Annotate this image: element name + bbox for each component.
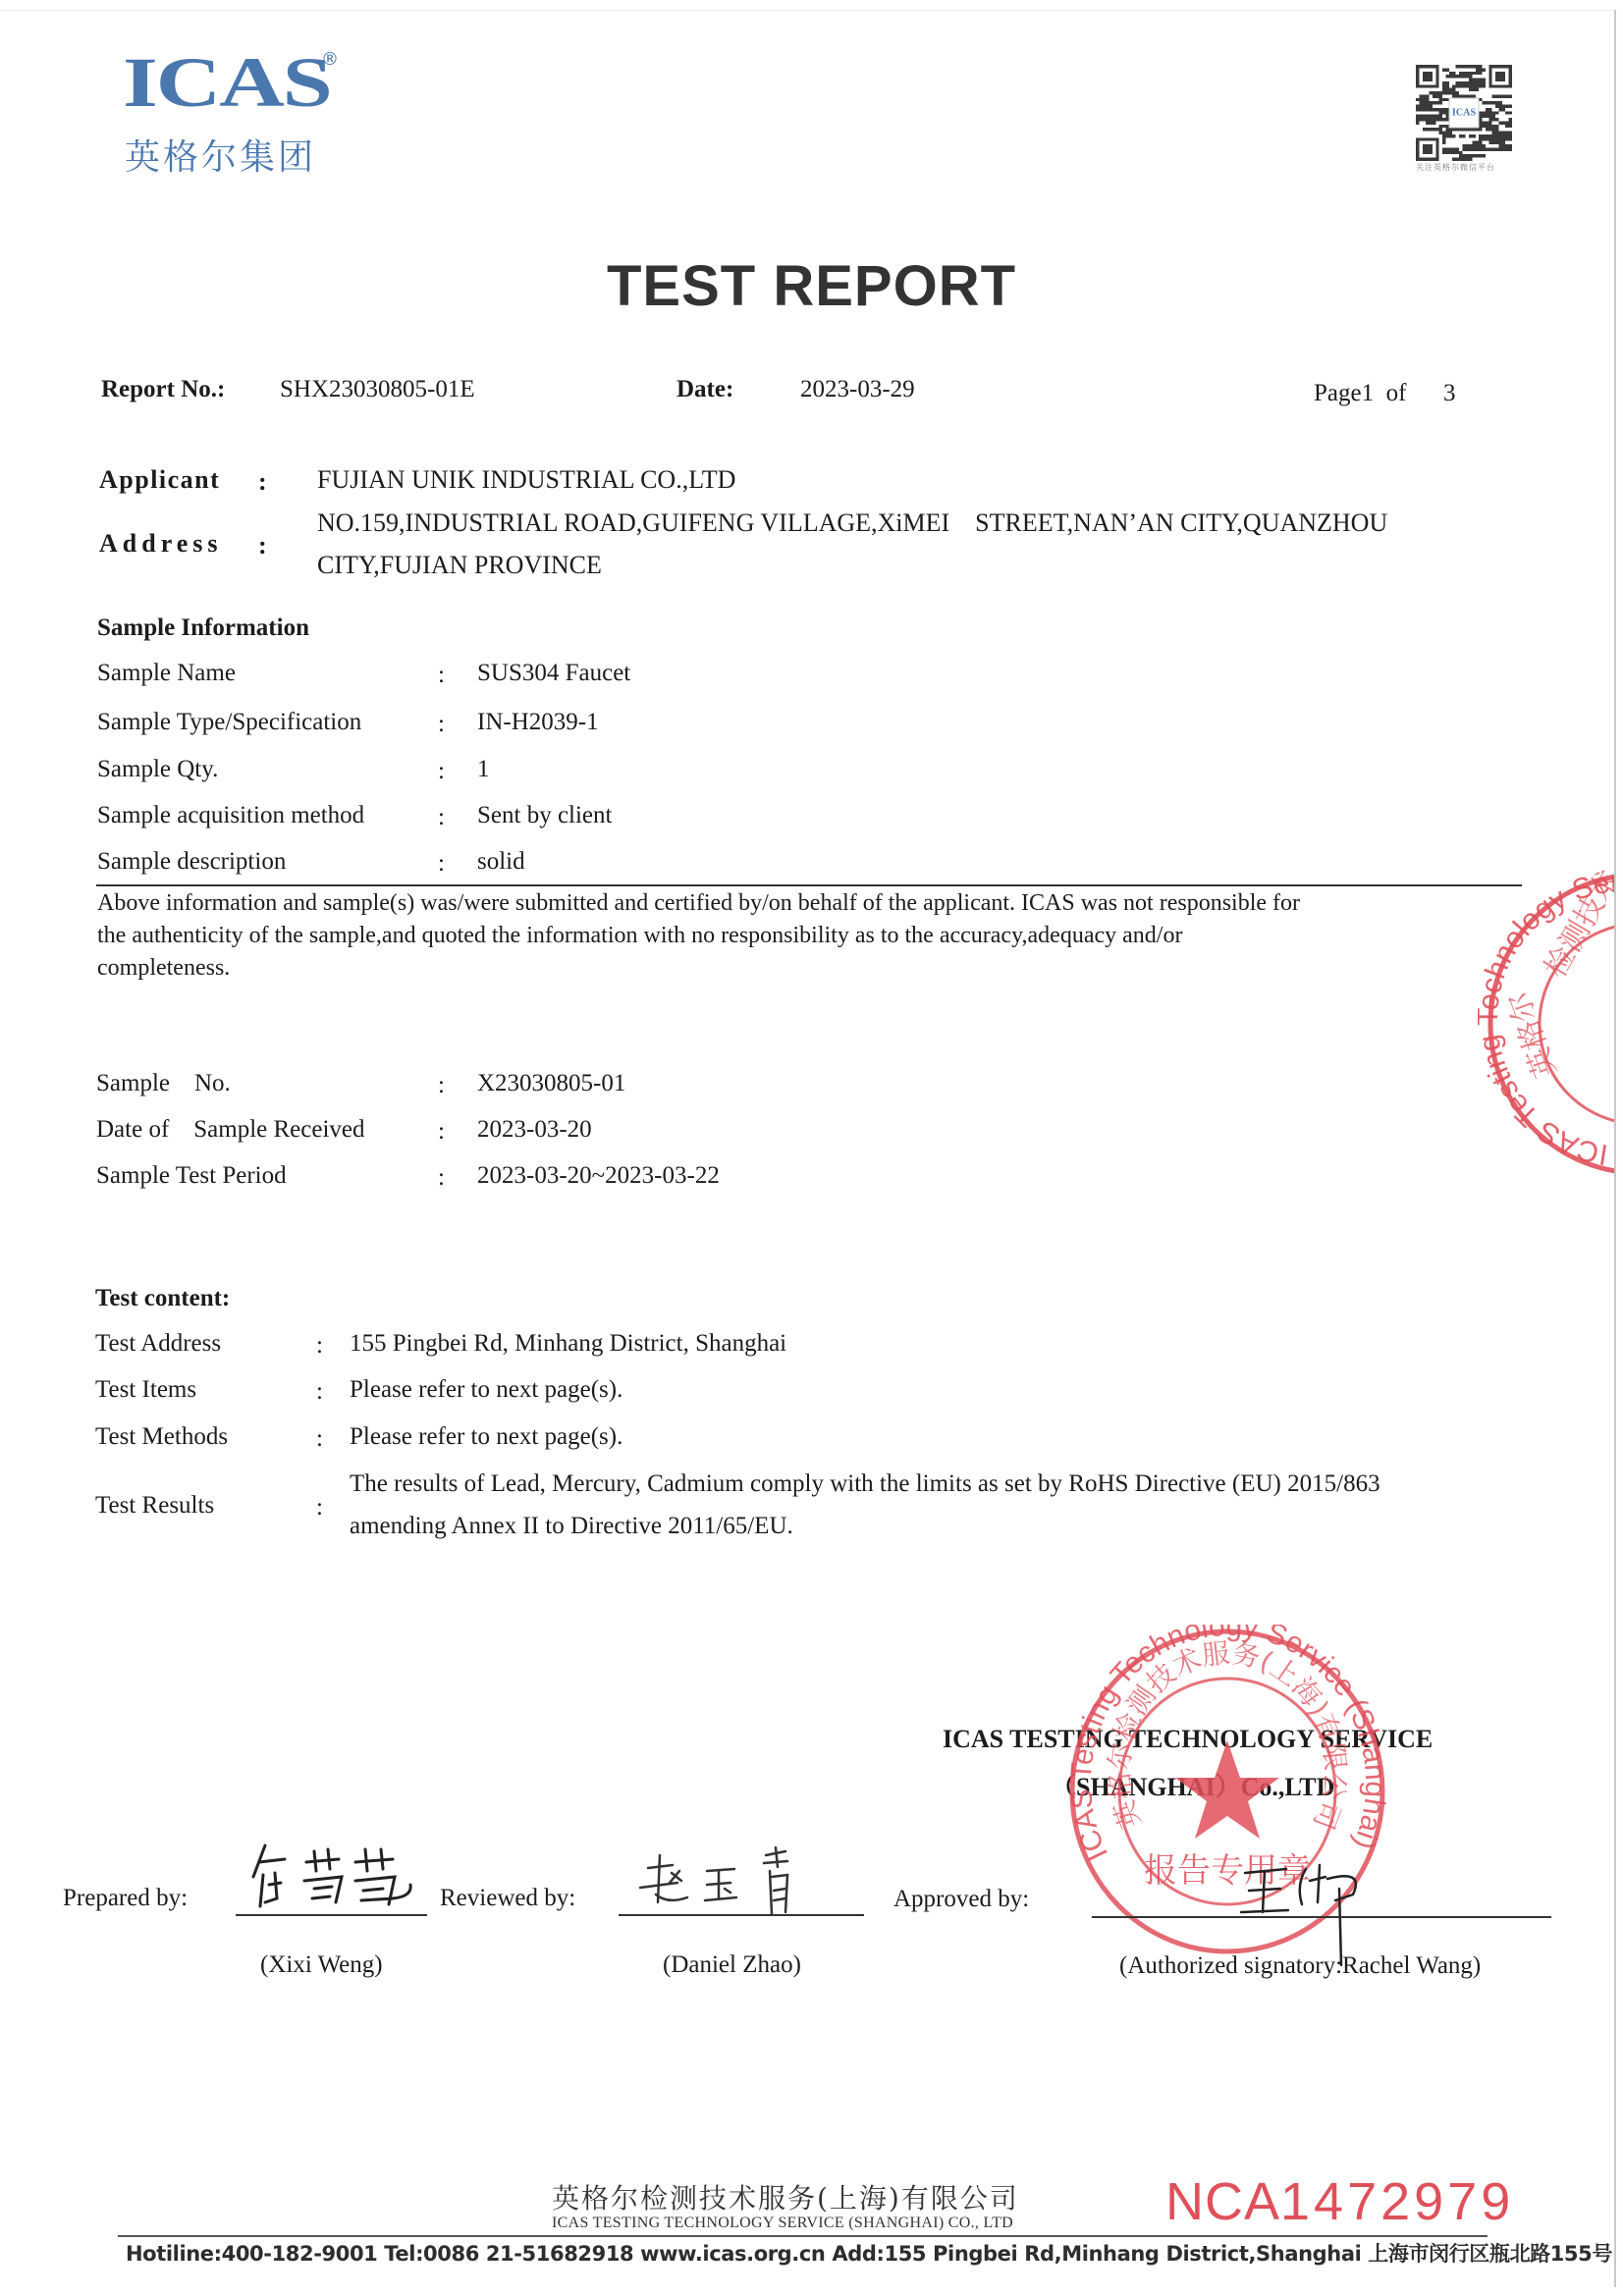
sample-info-value: solid — [477, 848, 525, 876]
sample-information-heading: Sample Information — [97, 614, 309, 642]
sample-detail-colon: : — [438, 1164, 445, 1192]
icas-logo: ICAS — [123, 47, 331, 118]
serial-number: NCA1472979 — [1165, 2171, 1514, 2232]
prepared-by-label: Prepared by: — [63, 1885, 188, 1912]
approved-by-label: Approved by: — [893, 1886, 1029, 1913]
prepared-signature-line — [236, 1914, 427, 1916]
sample-info-value: 1 — [477, 756, 490, 783]
serial-digits: 1472979 — [1280, 2172, 1514, 2231]
page-right-edge — [1614, 10, 1616, 2287]
sample-info-colon: : — [438, 662, 445, 689]
prepared-signature — [245, 1838, 432, 1914]
footer-company-cn: 英格尔检测技术服务(上海)有限公司 — [552, 2177, 1019, 2216]
test-content-label: Test Address — [95, 1330, 221, 1358]
sample-info-colon: : — [438, 711, 445, 738]
test-content-colon: : — [316, 1332, 323, 1360]
applicant-colon: : — [258, 467, 267, 497]
date-value: 2023-03-29 — [800, 376, 915, 403]
test-content-heading: Test content: — [95, 1285, 230, 1312]
sample-info-label: Sample Name — [97, 660, 236, 687]
stamp-star-icon — [1175, 1740, 1279, 1839]
reviewed-signature — [628, 1843, 825, 1920]
report-no-value: SHX23030805-01E — [280, 376, 475, 403]
sample-detail-colon: : — [438, 1072, 445, 1099]
reviewed-by-name: (Daniel Zhao) — [663, 1951, 801, 1979]
qr-caption: 关注英格尔微信平台 — [1416, 162, 1495, 173]
address-label: Address — [99, 529, 223, 559]
sample-info-value: SUS304 Faucet — [477, 660, 630, 687]
registered-mark: ® — [321, 49, 339, 70]
reviewed-by-label: Reviewed by: — [440, 1885, 575, 1912]
approved-by-name: (Authorized signatory:Rachel Wang) — [1119, 1952, 1481, 1980]
serial-prefix: NCA — [1165, 2172, 1280, 2231]
test-content-value: Please refer to next page(s). — [350, 1376, 622, 1404]
test-content-label: Test Items — [95, 1376, 196, 1404]
test-content-value: Please refer to next page(s). — [350, 1423, 622, 1451]
page-title: TEST REPORT — [0, 253, 1623, 319]
test-results-line-1: The results of Lead, Mercury, Cadmium co… — [350, 1470, 1380, 1498]
sample-info-label: Sample description — [97, 848, 286, 876]
disclaimer-line-1: Above information and sample(s) was/were… — [97, 890, 1300, 917]
disclaimer-line-3: completeness. — [97, 955, 230, 982]
sample-info-label: Sample Qty. — [97, 756, 218, 783]
test-content-value: 155 Pingbei Rd, Minhang District, Shangh… — [350, 1330, 786, 1358]
sample-info-colon: : — [438, 758, 445, 785]
sample-info-colon: : — [438, 850, 445, 878]
footer-divider — [118, 2235, 1488, 2237]
sample-detail-colon: : — [438, 1118, 445, 1146]
footer-company-en: ICAS TESTING TECHNOLOGY SERVICE (SHANGHA… — [552, 2215, 1013, 2232]
disclaimer-line-2: the authenticity of the sample,and quote… — [97, 923, 1182, 949]
footer-contact: Hotiline:400-182-9001 Tel:0086 21-516829… — [126, 2238, 1612, 2268]
page-indicator-label: Page1 of — [1314, 380, 1406, 407]
divider-line — [96, 884, 1522, 886]
sample-detail-label: Sample No. — [96, 1070, 231, 1097]
side-stamp: ICAS Testing Technology Service 检测技术 英格尔 — [1478, 862, 1614, 1186]
date-label: Date: — [676, 376, 733, 403]
page-total: 3 — [1443, 380, 1456, 407]
test-results-line-2: amending Annex II to Directive 2011/65/E… — [350, 1513, 793, 1540]
applicant-label: Applicant — [99, 465, 220, 495]
report-no-label: Report No.: — [101, 376, 225, 403]
sample-detail-label: Date of Sample Received — [96, 1116, 365, 1144]
test-content-colon: : — [316, 1425, 323, 1453]
test-results-label: Test Results — [95, 1492, 214, 1520]
prepared-by-name: (Xixi Weng) — [260, 1951, 383, 1979]
address-colon: : — [258, 531, 267, 561]
qr-code-icon: ICAS — [1416, 65, 1512, 161]
page-top-edge — [0, 10, 1614, 11]
sample-info-value: Sent by client — [477, 802, 612, 829]
sample-detail-value: X23030805-01 — [477, 1070, 625, 1097]
test-content-label: Test Methods — [95, 1423, 228, 1451]
sample-detail-value: 2023-03-20 — [477, 1116, 592, 1144]
sample-detail-value: 2023-03-20~2023-03-22 — [477, 1162, 720, 1190]
sample-info-label: Sample Type/Specification — [97, 709, 361, 736]
sample-info-colon: : — [438, 804, 445, 831]
test-results-colon: : — [316, 1494, 323, 1522]
logo-chinese-name: 英格尔集团 — [125, 130, 316, 180]
approved-signature-line — [1092, 1916, 1551, 1918]
reviewed-signature-line — [619, 1914, 864, 1916]
sample-info-label: Sample acquisition method — [97, 802, 364, 829]
sample-info-value: IN-H2039-1 — [477, 709, 599, 736]
test-content-colon: : — [316, 1378, 323, 1406]
address-line-1: NO.159,INDUSTRIAL ROAD,GUIFENG VILLAGE,X… — [317, 508, 1387, 538]
sample-detail-label: Sample Test Period — [96, 1162, 287, 1190]
applicant-value: FUJIAN UNIK INDUSTRIAL CO.,LTD — [317, 465, 735, 495]
address-line-2: CITY,FUJIAN PROVINCE — [317, 551, 602, 580]
qr-center-logo: ICAS — [1452, 107, 1477, 118]
